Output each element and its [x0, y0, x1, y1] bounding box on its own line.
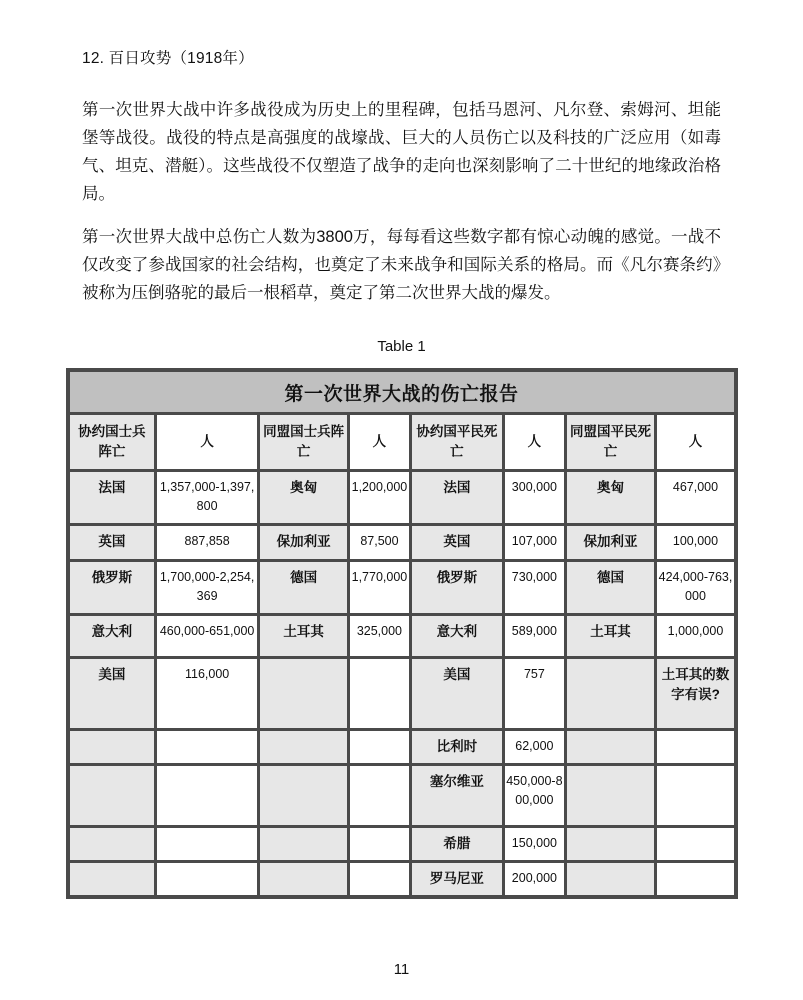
table-row: 希腊150,000: [68, 826, 736, 861]
casualty-value-cell: 325,000: [349, 614, 410, 657]
section-heading: 12. 百日攻势（1918年）: [82, 46, 721, 68]
country-cell: 英国: [68, 524, 156, 560]
table-row: 比利时62,000: [68, 729, 736, 764]
casualty-value-cell: [656, 764, 736, 826]
casualty-value-cell: 150,000: [504, 826, 565, 861]
table-row: 英国887,858保加利亚87,500英国107,000保加利亚100,000: [68, 524, 736, 560]
paragraph-casualties: 第一次世界大战中总伤亡人数为3800万，每每看这些数字都有惊心动魄的感觉。一战不…: [82, 223, 721, 307]
text-content: 12. 百日攻势（1918年） 第一次世界大战中许多战役成为历史上的里程碑，包括…: [0, 0, 803, 307]
country-cell: 意大利: [68, 614, 156, 657]
table-caption: Table 1: [0, 338, 803, 355]
table-row: 美国116,000美国757土耳其的数字有误?: [68, 657, 736, 729]
casualty-value-cell: 1,700,000-2,254,369: [156, 560, 259, 614]
country-cell: [68, 764, 156, 826]
casualty-value-cell: 460,000-651,000: [156, 614, 259, 657]
casualty-value-cell: [349, 826, 410, 861]
casualty-value-cell: 757: [504, 657, 565, 729]
casualty-value-cell: [156, 826, 259, 861]
casualty-value-cell: [349, 764, 410, 826]
country-cell: 美国: [410, 657, 504, 729]
casualty-value-cell: [656, 826, 736, 861]
casualty-value-cell: 450,000-800,000: [504, 764, 565, 826]
casualty-value-cell: 107,000: [504, 524, 565, 560]
casualty-value-cell: [349, 862, 410, 898]
casualty-value-cell: 116,000: [156, 657, 259, 729]
country-cell: 罗马尼亚: [410, 862, 504, 898]
casualty-value-cell: 87,500: [349, 524, 410, 560]
table-row: 塞尔维亚450,000-800,000: [68, 764, 736, 826]
country-cell: [68, 826, 156, 861]
casualty-value-cell: [656, 862, 736, 898]
country-cell: 德国: [565, 560, 656, 614]
casualty-value-cell: 887,858: [156, 524, 259, 560]
table-row: 法国1,357,000-1,397,800奥匈1,200,000法国300,00…: [68, 471, 736, 525]
casualty-value-cell: 467,000: [656, 471, 736, 525]
country-cell: [259, 657, 349, 729]
country-cell: [565, 764, 656, 826]
country-cell: [259, 826, 349, 861]
header-central-civilian-deaths: 同盟国平民死亡: [565, 414, 656, 471]
country-cell: 塞尔维亚: [410, 764, 504, 826]
country-cell: [259, 729, 349, 764]
page-number: 11: [0, 961, 803, 978]
casualty-value-cell: 62,000: [504, 729, 565, 764]
header-central-soldier-deaths: 同盟国士兵阵亡: [259, 414, 349, 471]
header-count-allied-soldiers: 人: [156, 414, 259, 471]
country-cell: 奥匈: [565, 471, 656, 525]
casualty-value-cell: [349, 729, 410, 764]
casualty-value-cell: 1,770,000: [349, 560, 410, 614]
country-cell: [259, 862, 349, 898]
country-cell: 德国: [259, 560, 349, 614]
casualty-value-cell: 300,000: [504, 471, 565, 525]
table-row: 意大利460,000-651,000土耳其325,000意大利589,000土耳…: [68, 614, 736, 657]
country-cell: 土耳其: [259, 614, 349, 657]
country-cell: 法国: [68, 471, 156, 525]
country-cell: 保加利亚: [565, 524, 656, 560]
casualty-table: 第一次世界大战的伤亡报告 协约国士兵阵亡 人 同盟国士兵阵亡 人 协约国平民死亡…: [66, 368, 738, 899]
table-body: 法国1,357,000-1,397,800奥匈1,200,000法国300,00…: [68, 471, 736, 898]
document-page: 12. 百日攻势（1918年） 第一次世界大战中许多战役成为历史上的里程碑，包括…: [0, 0, 803, 1000]
country-cell: 俄罗斯: [68, 560, 156, 614]
country-cell: [565, 862, 656, 898]
casualty-value-cell: 730,000: [504, 560, 565, 614]
country-cell: 奥匈: [259, 471, 349, 525]
country-cell: 保加利亚: [259, 524, 349, 560]
casualty-value-cell: 1,357,000-1,397,800: [156, 471, 259, 525]
table-title: 第一次世界大战的伤亡报告: [68, 370, 736, 414]
country-cell: 美国: [68, 657, 156, 729]
country-cell: [259, 764, 349, 826]
casualty-value-cell: [656, 729, 736, 764]
casualty-value-cell: [156, 764, 259, 826]
header-count-central-civilians: 人: [656, 414, 736, 471]
country-cell: [68, 729, 156, 764]
country-cell: 英国: [410, 524, 504, 560]
casualty-value-cell: 200,000: [504, 862, 565, 898]
country-cell: [565, 657, 656, 729]
note-cell: 土耳其的数字有误?: [656, 657, 736, 729]
country-cell: 意大利: [410, 614, 504, 657]
casualty-value-cell: 424,000-763,000: [656, 560, 736, 614]
table-row: 罗马尼亚200,000: [68, 862, 736, 898]
casualty-value-cell: 1,200,000: [349, 471, 410, 525]
country-cell: 俄罗斯: [410, 560, 504, 614]
header-allied-civilian-deaths: 协约国平民死亡: [410, 414, 504, 471]
casualty-value-cell: 100,000: [656, 524, 736, 560]
casualty-value-cell: [349, 657, 410, 729]
header-count-allied-civilians: 人: [504, 414, 565, 471]
casualty-value-cell: 1,000,000: [656, 614, 736, 657]
table-title-row: 第一次世界大战的伤亡报告: [68, 370, 736, 414]
casualty-value-cell: [156, 729, 259, 764]
country-cell: [565, 729, 656, 764]
table-row: 俄罗斯1,700,000-2,254,369德国1,770,000俄罗斯730,…: [68, 560, 736, 614]
country-cell: 希腊: [410, 826, 504, 861]
header-count-central-soldiers: 人: [349, 414, 410, 471]
country-cell: [68, 862, 156, 898]
country-cell: 土耳其: [565, 614, 656, 657]
country-cell: [565, 826, 656, 861]
country-cell: 法国: [410, 471, 504, 525]
country-cell: 比利时: [410, 729, 504, 764]
table-header-row: 协约国士兵阵亡 人 同盟国士兵阵亡 人 协约国平民死亡 人 同盟国平民死亡 人: [68, 414, 736, 471]
header-allied-soldier-deaths: 协约国士兵阵亡: [68, 414, 156, 471]
casualty-value-cell: [156, 862, 259, 898]
casualty-value-cell: 589,000: [504, 614, 565, 657]
paragraph-battles: 第一次世界大战中许多战役成为历史上的里程碑，包括马恩河、凡尔登、索姆河、坦能堡等…: [82, 96, 721, 208]
